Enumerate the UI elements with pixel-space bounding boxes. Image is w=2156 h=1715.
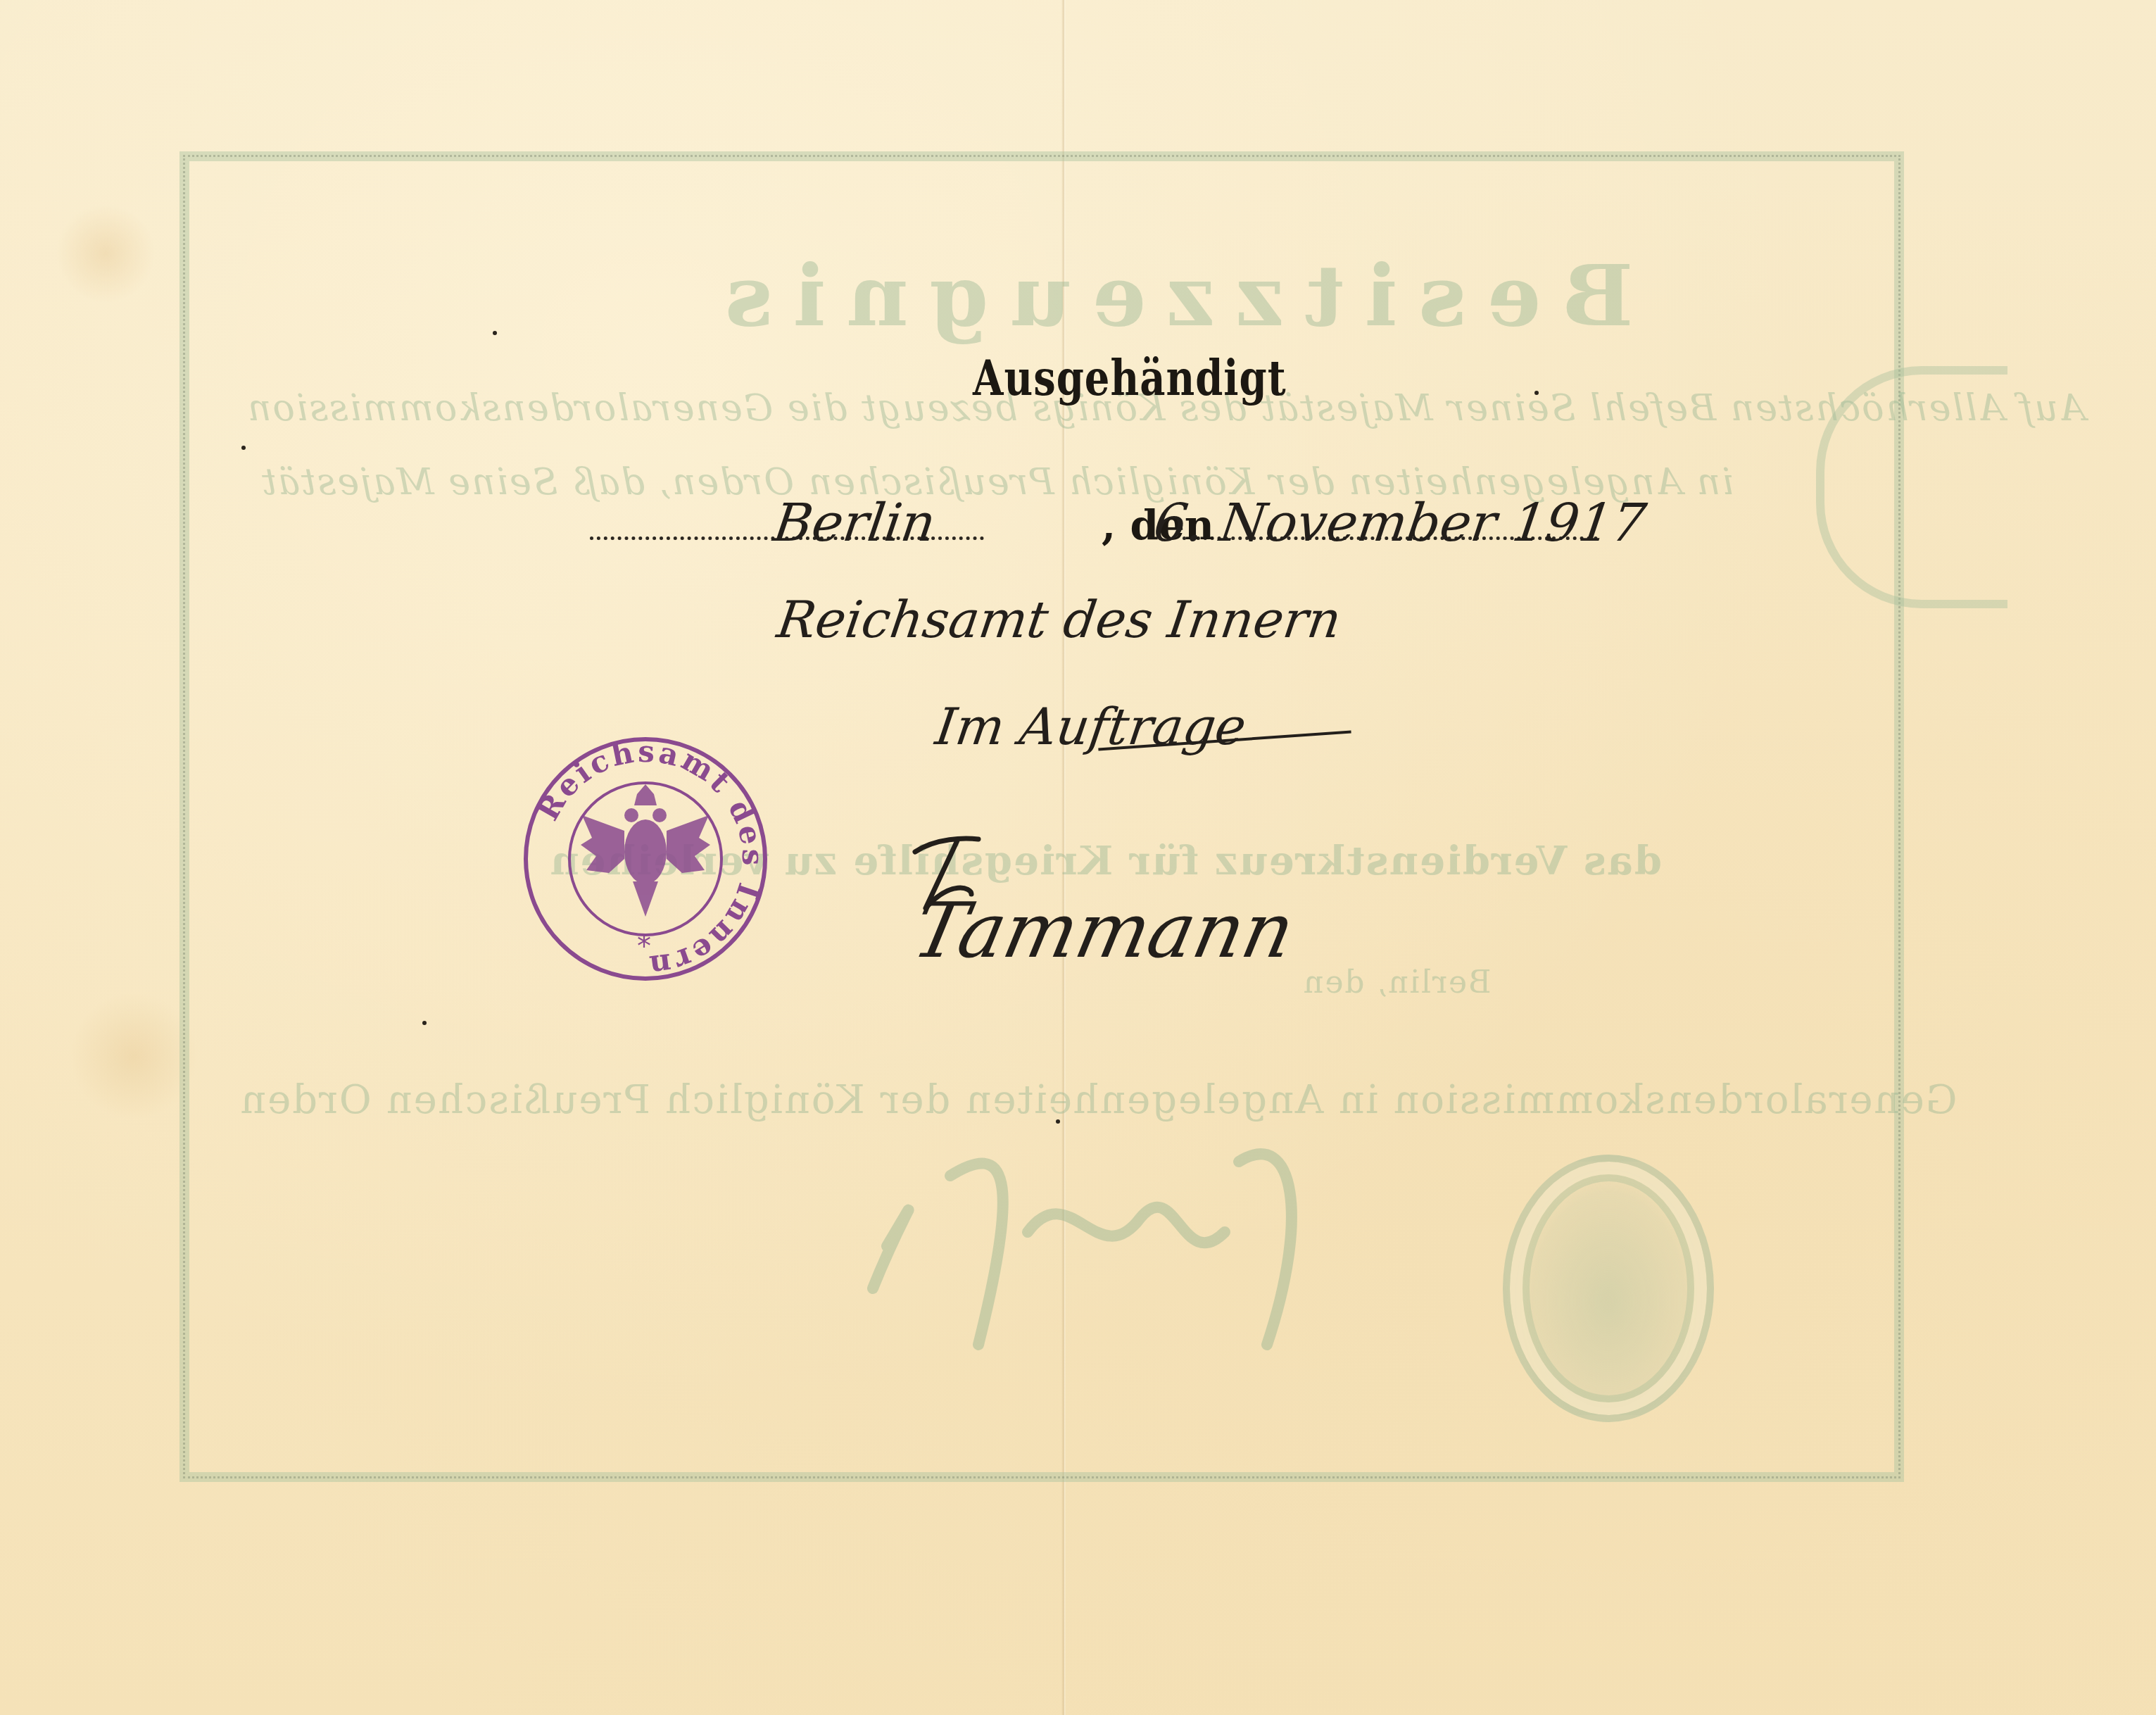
reverse-text-line: Generalordenskommission in Angelegenheit… bbox=[239, 1077, 1958, 1123]
signature: Tammann bbox=[906, 887, 1302, 975]
reverse-signature bbox=[845, 1133, 1337, 1359]
paper-speck bbox=[241, 446, 246, 450]
date-handwritten: 6. November 1917 bbox=[1150, 493, 1650, 553]
issuing-office-handwritten: Reichsamt des Innern bbox=[774, 590, 1344, 649]
office-stamp: Reichsamt des Innern * bbox=[519, 732, 772, 986]
place-handwritten: Berlin bbox=[770, 493, 940, 553]
imperial-eagle-icon bbox=[581, 784, 710, 917]
document-heading: Ausgehändigt bbox=[973, 349, 1287, 408]
reverse-title-mirrored: Besitzzeugnis bbox=[704, 246, 1634, 346]
reverse-text-line: Berlin, den bbox=[1302, 965, 1491, 1000]
paper-speck bbox=[1534, 391, 1539, 395]
paper-speck bbox=[422, 1021, 427, 1025]
authority-phrase-handwritten: Im Auftrage bbox=[932, 697, 1249, 756]
paper-speck bbox=[493, 331, 497, 335]
paper-speck bbox=[1056, 1119, 1060, 1124]
oval-seal-icon bbox=[1503, 1155, 1714, 1422]
stamp-separator: * bbox=[637, 931, 651, 963]
reverse-initial-letter bbox=[1816, 366, 2007, 608]
